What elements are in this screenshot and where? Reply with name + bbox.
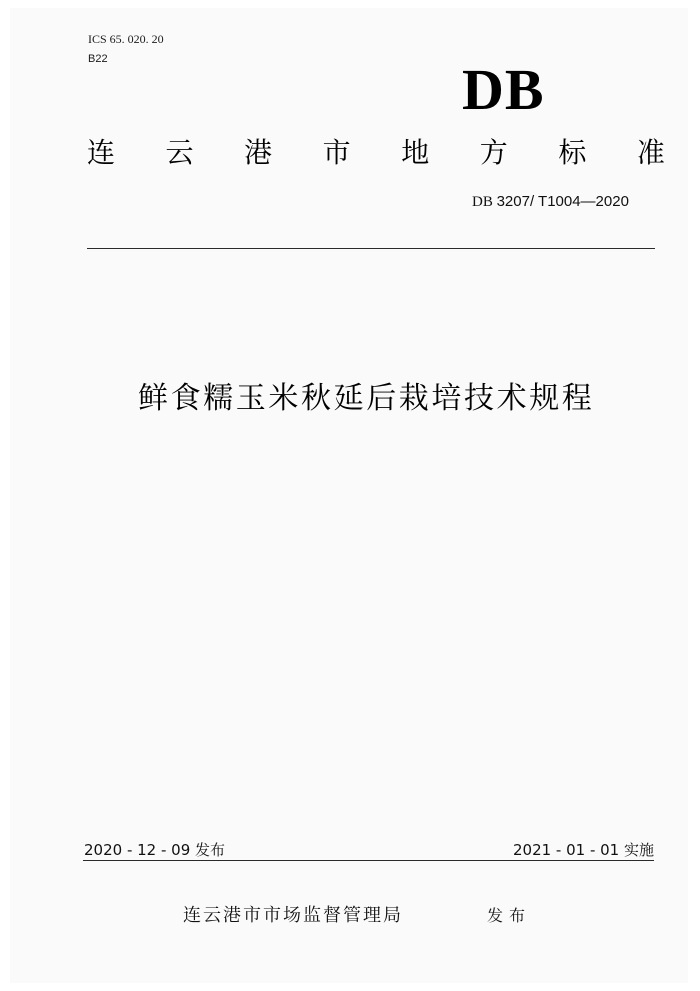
standard-type-char: 方 (479, 136, 509, 170)
standard-type-char: 市 (322, 136, 352, 170)
standard-type-char: 港 (243, 136, 273, 170)
standard-type-heading: 连 云 港 市 地 方 标 准 (86, 136, 666, 170)
standard-number-value: 3207/ T1004—2020 (497, 193, 629, 210)
implementation-date: 2021 - 01 - 01 实施 (513, 841, 654, 859)
standard-number: DB 3207/ T1004—2020 (472, 193, 629, 211)
standard-type-char: 连 (86, 136, 116, 170)
footer-divider (83, 860, 654, 861)
issue-date: 2020 - 12 - 09 发布 (84, 841, 225, 859)
standard-number-prefix: DB (472, 194, 497, 210)
issuing-authority: 连云港市市场监督管理局 (183, 904, 403, 928)
ics-code: ICS 65. 020. 20 (88, 32, 164, 46)
standard-type-char: 地 (400, 136, 430, 170)
db-logo: DB (462, 60, 545, 120)
issuer-action: 发布 (487, 904, 531, 928)
standard-type-char: 标 (557, 136, 587, 170)
header-divider (87, 248, 655, 249)
ccs-code: B22 (88, 52, 108, 66)
document-title: 鲜食糯玉米秋延后栽培技术规程 (138, 379, 594, 419)
standard-type-char: 云 (165, 136, 195, 170)
standard-type-char: 准 (636, 136, 666, 170)
